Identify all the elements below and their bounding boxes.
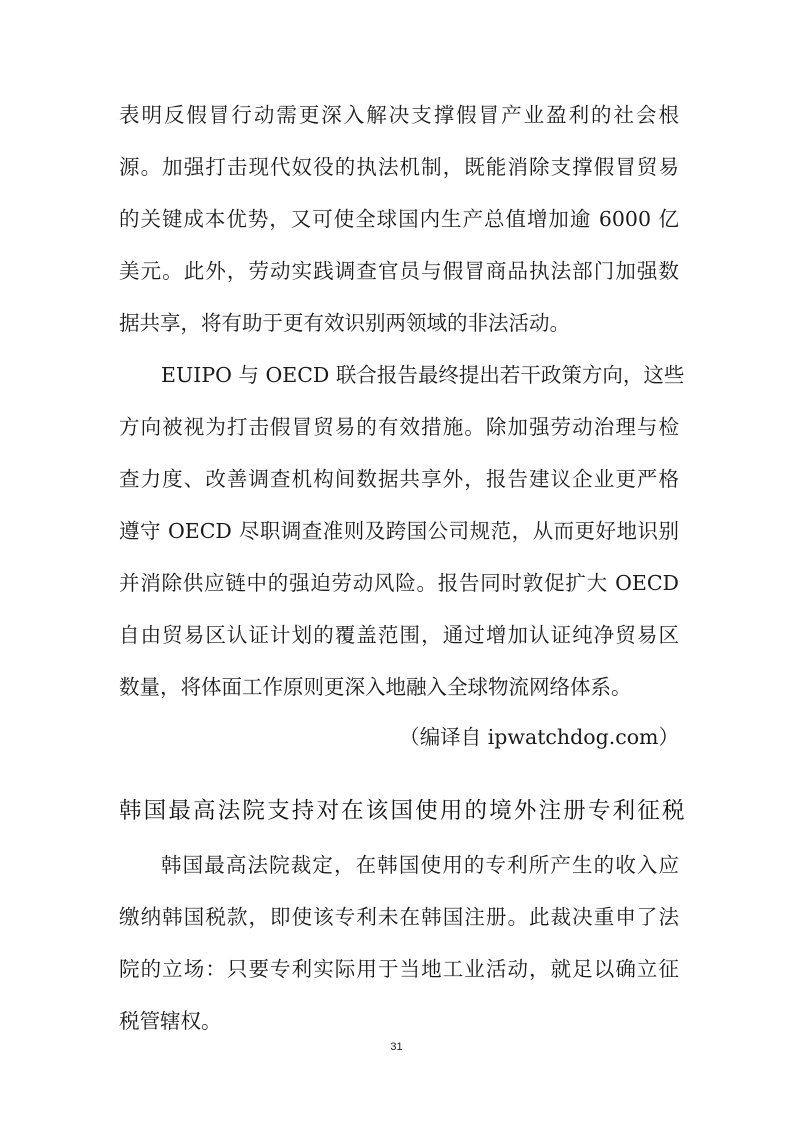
body-text-line: 的关键成本优势，又可使全球国内生产总值增加逾 6000 亿 bbox=[119, 204, 679, 234]
body-text-line: 缴纳韩国税款，即使该专利未在韩国注册。此裁决重申了法 bbox=[119, 902, 679, 932]
body-text-line: EUIPO 与 OECD 联合报告最终提出若干政策方向，这些 bbox=[161, 360, 679, 390]
body-text-line: 美元。此外，劳动实践调查官员与假冒商品执法部门加强数 bbox=[119, 256, 679, 286]
body-text-line: 院的立场：只要专利实际用于当地工业活动，就足以确立征 bbox=[119, 954, 679, 984]
source-attribution: （编译自 ipwatchdog.com） bbox=[119, 722, 679, 752]
body-text-line: 税管辖权。 bbox=[119, 1006, 679, 1036]
body-text-line: 表明反假冒行动需更深入解决支撑假冒产业盈利的社会根 bbox=[119, 100, 679, 130]
body-text-line: 遵守 OECD 尽职调查准则及跨国公司规范，从而更好地识别 bbox=[119, 516, 679, 546]
body-text-line: 方向被视为打击假冒贸易的有效措施。除加强劳动治理与检 bbox=[119, 412, 679, 442]
body-text-line: 源。加强打击现代奴役的执法机制，既能消除支撑假冒贸易 bbox=[119, 152, 679, 182]
body-text-line: 自由贸易区认证计划的覆盖范围，通过增加认证纯净贸易区 bbox=[119, 620, 679, 650]
body-text-line: 韩国最高法院裁定，在韩国使用的专利所产生的收入应 bbox=[161, 850, 679, 880]
body-text-line: 数量，将体面工作原则更深入地融入全球物流网络体系。 bbox=[119, 672, 679, 702]
body-text-line: 据共享，将有助于更有效识别两领域的非法活动。 bbox=[119, 308, 679, 338]
page-number: 31 bbox=[0, 1041, 793, 1053]
document-page: 表明反假冒行动需更深入解决支撑假冒产业盈利的社会根 源。加强打击现代奴役的执法机… bbox=[0, 0, 793, 1122]
body-text-line: 查力度、改善调查机构间数据共享外，报告建议企业更严格 bbox=[119, 464, 679, 494]
article-heading: 韩国最高法院支持对在该国使用的境外注册专利征税 bbox=[119, 795, 684, 827]
body-text-line: 并消除供应链中的强迫劳动风险。报告同时敦促扩大 OECD bbox=[119, 568, 679, 598]
